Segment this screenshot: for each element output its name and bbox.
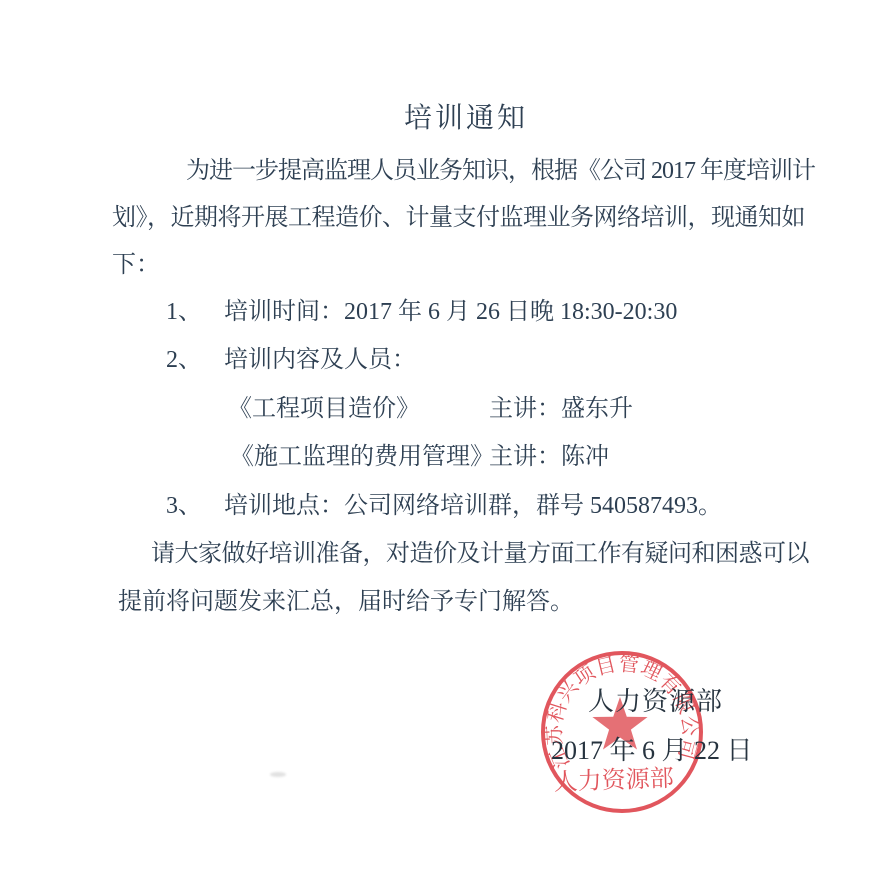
signature-date: 2017 年 6 月 22 日 <box>551 736 753 766</box>
closing-line-1: 请大家做好培训准备，对造价及计量方面工作有疑问和困惑可以 <box>151 541 809 569</box>
list-item-number: 1、 <box>166 299 202 327</box>
intro-line-2: 划》，近期将开展工程造价、计量支付监理业务网络培训，现通知如 <box>112 205 805 233</box>
list-item-text: 培训地点：公司网络培训群，群号 540587493。 <box>224 493 722 521</box>
scan-artifact <box>270 772 286 777</box>
course-lecturer: 主讲：盛东升 <box>489 396 633 424</box>
course-title: 《工程项目造价》 <box>228 396 420 424</box>
notice-document: 培训通知 为进一步提高监理人员业务知识，根据《公司 2017 年度培训计 划》，… <box>0 0 886 887</box>
list-item-number: 3、 <box>166 493 202 521</box>
seal-department-text: 人力资源部 <box>553 765 674 796</box>
list-item-text: 培训时间：2017 年 6 月 26 日晚 18:30-20:30 <box>224 299 677 327</box>
notice-title: 培训通知 <box>404 103 528 135</box>
course-lecturer: 主讲：陈冲 <box>489 444 609 472</box>
company-seal: 江苏科兴项目管理有限公司 人力资源部 <box>538 646 710 818</box>
list-item-text: 培训内容及人员： <box>224 347 416 375</box>
signature-department: 人力资源部 <box>588 687 723 717</box>
closing-line-2: 提前将问题发来汇总，届时给予专门解答。 <box>118 589 574 617</box>
intro-line-1: 为进一步提高监理人员业务知识，根据《公司 2017 年度培训计 <box>186 158 815 186</box>
list-item-number: 2、 <box>166 347 202 375</box>
course-title: 《施工监理的费用管理》 <box>230 444 494 472</box>
intro-line-3: 下： <box>112 252 160 280</box>
